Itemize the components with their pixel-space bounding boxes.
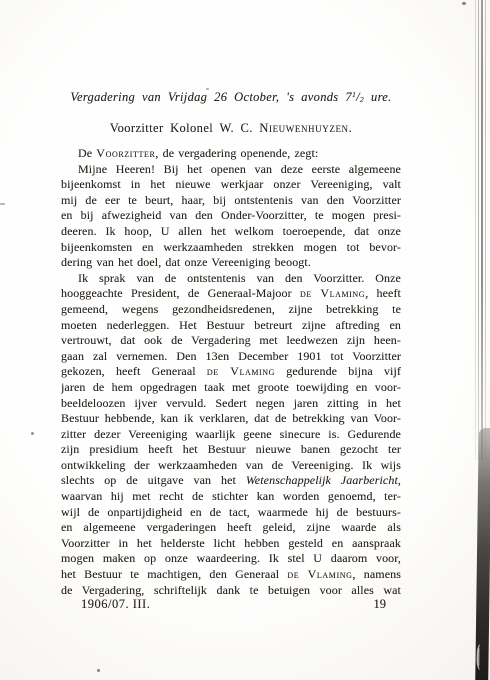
text-segment: De [78,146,96,160]
text-line: ontwikkeling der werkzaamheden van de Ve… [61,458,401,474]
text-segment: en bij afwezigheid van den Onder-Voorzit… [61,208,401,222]
binding-streaks [473,0,490,460]
text-segment: . [349,121,353,135]
text-line: Bestuur hebbende, kan ik verklaren, dat … [61,411,401,427]
text-segment: , heeft [365,286,401,300]
scan-speck [97,669,100,672]
text-segment: bijeenkomst in het nieuwe werkjaar onzer… [61,177,401,191]
text-segment: ure. [364,90,391,104]
text-segment: Wetenschappelijk Jaarbericht [246,473,398,487]
text-line: zitter dezer Vereeniging waarlijk geene … [61,427,401,443]
scan-speck [31,432,34,435]
text-segment: beeldeloozen ijver vervuld. Sedert negen… [61,396,401,410]
text-segment: gaan zal vernemen. Den 13en December 190… [61,349,401,363]
text-segment: , [398,473,401,487]
text-segment: wijl de onpartijdigheid en de tact, waar… [61,505,401,519]
text-line: dering van het doel, dat onze Vereenigin… [61,255,401,271]
text-segment: gedurende bijna vijf [275,364,401,378]
text-segment: gekozen, heeft Generaal [61,364,207,378]
page-edge-shadow [475,428,490,680]
text-line: jaren de hem opgedragen taak met groote … [61,380,401,396]
text-segment: Voorzitter in het helderste licht hebben… [61,536,401,550]
edge-highlight-mark [477,648,479,666]
text-segment: zitter dezer Vereeniging waarlijk geene … [61,427,401,441]
scan-speck [0,203,5,205]
text-segment: Voorzitter [96,146,155,160]
text-segment: het Bestuur te machtigen, den Generaal [61,567,287,581]
text-line: het Bestuur te machtigen, den Generaal d… [61,567,401,583]
body-text: De Voorzitter, de vergadering openende, … [61,146,401,598]
text-line: Voorzitter in het helderste licht hebben… [61,536,401,552]
text-line: wijl de onpartijdigheid en de tact, waar… [61,505,401,521]
text-segment: slechts op de uitgave van het [61,473,246,487]
text-line: hooggeachte President, de Generaal-Majoo… [61,286,401,302]
text-segment: Voorzitter Kolonel W. C. [110,121,260,135]
text-segment: , namens [353,567,402,581]
text-segment: vertrouwt, dat ook de Vergadering met le… [61,333,401,347]
text-segment: Bestuur hebbende, kan ik verklaren, dat … [61,411,401,425]
page-footer: 1906/07. III. 19 [61,597,401,613]
text-line: mogen maken op onze waardeering. Ik stel… [61,551,401,567]
text-line: gaan zal vernemen. Den 13en December 190… [61,349,401,365]
chairman-line: Voorzitter Kolonel W. C. Nieuwenhuyzen. [61,121,401,136]
text-line: en algemeene vergaderingen heeft geleid,… [61,520,401,536]
text-line: de Vergadering, schriftelijk dank te bet… [61,583,401,599]
text-segment: en algemeene vergaderingen heeft geleid,… [61,520,401,534]
text-segment: zijn presidium heeft het Bestuur nieuwe … [61,442,401,456]
text-line: slechts op de uitgave van het Wetenschap… [61,473,401,489]
text-line: De Voorzitter, de vergadering openende, … [61,146,401,162]
text-segment: Vergadering van Vrijdag 26 October, 's a… [70,90,352,104]
text-line: Mijne Heeren! Bij het openen van deze ee… [61,162,401,178]
text-segment: moeten nederleggen. Het Bestuur betreurt… [61,318,401,332]
text-segment: mij de eer te beurt, haar, bij ontstente… [61,193,401,207]
text-segment: ontwikkeling der werkzaamheden van de Ve… [61,458,401,472]
text-line: beeldeloozen ijver vervuld. Sedert negen… [61,396,401,412]
text-segment: de Vlaming [300,286,365,300]
text-line: bijeenkomsten en werkzaamheden strekken … [61,240,401,256]
scanned-book-page: Vergadering van Vrijdag 26 October, 's a… [0,0,490,680]
scan-speck [462,2,466,5]
text-line: zijn presidium heeft het Bestuur nieuwe … [61,442,401,458]
text-line: deeren. Ik hoop, U allen het welkom toer… [61,224,401,240]
text-line: Ik sprak van de ontstentenis van den Voo… [61,271,401,287]
text-segment: bijeenkomsten en werkzaamheden strekken … [61,240,401,254]
page-number: 19 [374,597,387,613]
volume-signature: 1906/07. III. [81,597,150,613]
text-segment: de Vlaming [287,567,352,581]
text-line: waarvan hij met recht de stichter kan wo… [61,489,401,505]
text-line: moeten nederleggen. Het Bestuur betreurt… [61,318,401,334]
text-segment: waarvan hij met recht de stichter kan wo… [61,489,401,503]
text-line: gekozen, heeft Generaal de Vlaming gedur… [61,364,401,380]
text-line: bijeenkomst in het nieuwe werkjaar onzer… [61,177,401,193]
text-segment: jaren de hem opgedragen taak met groote … [61,380,401,394]
text-segment: hooggeachte President, de Generaal-Majoo… [61,286,300,300]
text-segment: dering van het doel, dat onze Vereenigin… [61,255,311,269]
text-segment: Ik sprak van de ontstentenis van den Voo… [78,271,401,285]
text-line: en bij afwezigheid van den Onder-Voorzit… [61,208,401,224]
text-segment: , de vergadering openende, zegt: [155,146,318,160]
text-segment: deeren. Ik hoop, U allen het welkom toer… [61,224,401,238]
text-segment: de Vergadering, schriftelijk dank te bet… [61,583,401,597]
text-segment: de Vlaming [207,364,275,378]
text-segment: Mijne Heeren! Bij het openen van deze ee… [78,162,401,176]
text-line: vertrouwt, dat ook de Vergadering met le… [61,333,401,349]
text-segment: mogen maken op onze waardeering. Ik stel… [61,551,401,565]
text-segment: Nieuwenhuyzen [259,121,348,135]
scan-speck [206,88,209,90]
text-line: gemeend, wegens gezondheidsredenen, zijn… [61,302,401,318]
text-line: mij de eer te beurt, haar, bij ontstente… [61,193,401,209]
meeting-heading: Vergadering van Vrijdag 26 October, 's a… [61,90,401,105]
text-segment: gemeend, wegens gezondheidsredenen, zijn… [61,302,401,316]
